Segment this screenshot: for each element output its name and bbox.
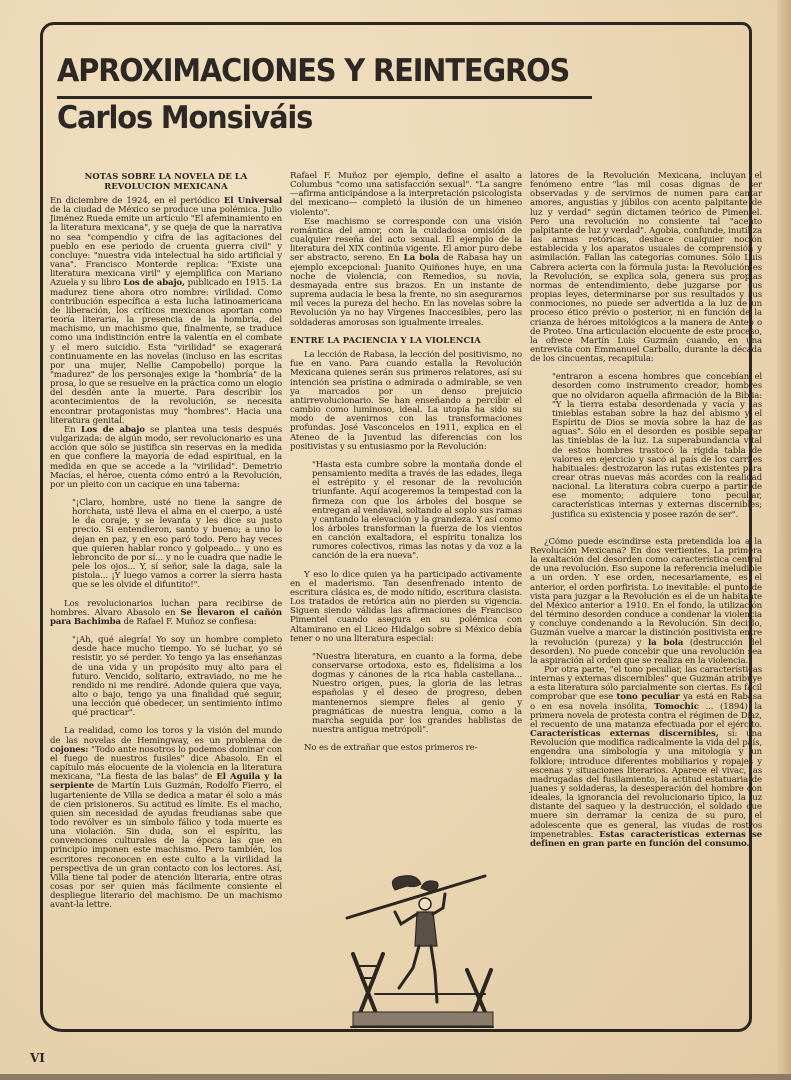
tightrope-walker-illustration: [325, 850, 495, 1030]
block-quote: "entraron a escena hombres que concebían…: [552, 373, 762, 520]
column-2: Rafael F. Muñoz por ejemplo, define el a…: [290, 172, 522, 753]
paragraph: ¿Cómo puede escindirse esta pretendida l…: [530, 538, 762, 666]
paragraph: La lección de Rabasa, la lección del pos…: [290, 351, 522, 452]
block-quote: "Nuestra literatura, en cuanto a la form…: [312, 653, 522, 735]
page-number: VI: [30, 1051, 45, 1065]
headline-rule: [57, 96, 592, 99]
paragraph: Los revolucionarios luchan para recibirs…: [50, 600, 282, 627]
paragraph: En diciembre de 1924, en el periódico El…: [50, 197, 282, 426]
page-bottom-edge: [0, 1074, 791, 1080]
page-edge: [777, 0, 791, 1080]
paragraph: Y eso lo dice quien ya ha participado ac…: [290, 571, 522, 644]
block-quote: "Hasta esta cumbre sobre la montaña dond…: [312, 461, 522, 562]
column-1: NOTAS SOBRE LA NOVELA DE LA REVOLUCION M…: [50, 172, 282, 911]
paragraph: En Los de abajo se plantea una tesis des…: [50, 426, 282, 490]
article-headline: APROXIMACIONES Y REINTEGROS: [57, 53, 559, 89]
section-heading: ENTRE LA PACIENCIA Y LA VIOLENCIA: [290, 336, 522, 346]
paragraph: No es de extrañar que estos primeros re-: [290, 744, 522, 753]
paragraph: Por otra parte, "el tono peculiar, las c…: [530, 666, 762, 849]
paragraph: Ese machismo se corresponde con una visi…: [290, 218, 522, 328]
paragraph: Rafael F. Muñoz por ejemplo, define el a…: [290, 172, 522, 218]
paragraph: latores de la Revolución Mexicana, inclu…: [530, 172, 762, 364]
column-3: latores de la Revolución Mexicana, inclu…: [530, 172, 762, 849]
section-heading: NOTAS SOBRE LA NOVELA DE LA REVOLUCION M…: [50, 172, 282, 191]
article-author: Carlos Monsiváis: [57, 100, 312, 136]
block-quote: "¡Claro, hombre, usté no tiene la sangre…: [72, 499, 282, 591]
paragraph: La realidad, como los toros y la visión …: [50, 727, 282, 910]
block-quote: "¡Ah, qué alegría! Yo soy un hombre comp…: [72, 636, 282, 718]
